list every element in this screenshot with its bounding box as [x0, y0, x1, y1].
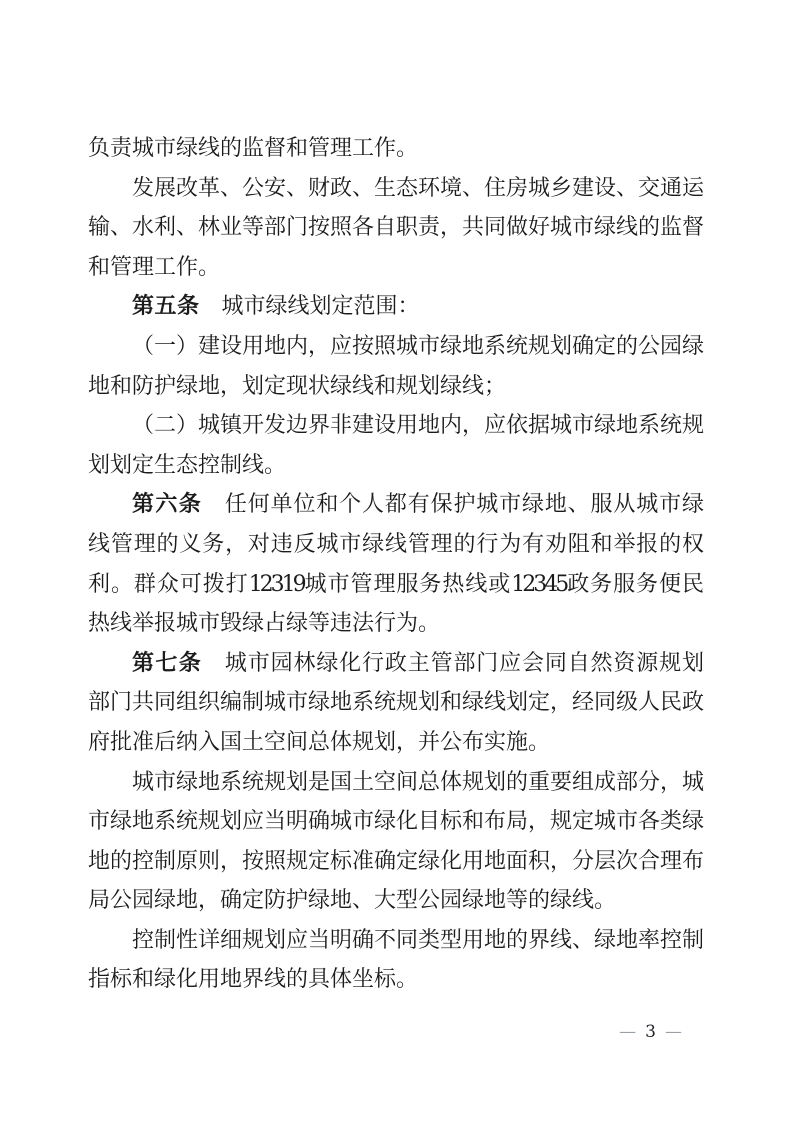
inline-number: 12345: [511, 572, 566, 597]
paragraph: 第七条 城市园林绿化行政主管部门应会同自然资源规划部门共同组织编制城市绿地系统规…: [88, 644, 704, 763]
paragraph: 城市绿地系统规划是国土空间总体规划的重要组成部分，城市绿地系统规划应当明确城市绿…: [88, 763, 704, 921]
article-number: 第七条: [132, 650, 202, 676]
inline-number: 12319: [249, 572, 304, 597]
paragraph-text: 发展改革、公安、财政、生态环境、住房城乡建设、交通运输、水利、林业等部门按照各自…: [88, 176, 704, 280]
page-number: 3: [645, 1022, 656, 1042]
paragraph: 第六条 任何单位和个人都有保护城市绿地、服从城市绿线管理的义务，对违反城市绿线管…: [88, 485, 704, 643]
paragraph-text: 负责城市绿线的监督和管理工作。: [88, 136, 418, 161]
paragraph-text: （二）城镇开发边界非建设用地内，应依据城市绿地系统规划划定生态控制线。: [88, 413, 704, 478]
paragraph-text: （一）建设用地内，应按照城市绿地系统规划确定的公园绿地和防护绿地，划定现状绿线和…: [88, 334, 704, 399]
article-number: 第六条: [132, 491, 202, 517]
paragraph: 负责城市绿线的监督和管理工作。: [88, 129, 704, 169]
paragraph: 发展改革、公安、财政、生态环境、住房城乡建设、交通运输、水利、林业等部门按照各自…: [88, 169, 704, 288]
paragraph: 控制性详细规划应当明确不同类型用地的界线、绿地率控制指标和绿化用地界线的具体坐标…: [88, 921, 704, 1000]
paragraph: （二）城镇开发边界非建设用地内，应依据城市绿地系统规划划定生态控制线。: [88, 406, 704, 485]
article-number: 第五条: [132, 293, 200, 319]
paragraph-text: 城市管理服务热线或: [304, 572, 512, 597]
paragraph: 第五条 城市绿线划定范围：: [88, 287, 704, 327]
page-footer: —3—: [619, 1020, 682, 1044]
document-page: { "page": { "background": "#ffffff", "te…: [0, 0, 800, 1132]
footer-dash-left: —: [619, 1022, 636, 1042]
paragraph-text: 城市绿地系统规划是国土空间总体规划的重要组成部分，城市绿地系统规划应当明确城市绿…: [88, 770, 704, 914]
paragraph-text: 城市绿线划定范围：: [200, 294, 420, 319]
paragraph: （一）建设用地内，应按照城市绿地系统规划确定的公园绿地和防护绿地，划定现状绿线和…: [88, 327, 704, 406]
document-body: 负责城市绿线的监督和管理工作。发展改革、公安、财政、生态环境、住房城乡建设、交通…: [88, 129, 704, 1000]
paragraph-text: 控制性详细规划应当明确不同类型用地的界线、绿地率控制指标和绿化用地界线的具体坐标…: [88, 928, 704, 993]
footer-dash-right: —: [665, 1022, 682, 1042]
